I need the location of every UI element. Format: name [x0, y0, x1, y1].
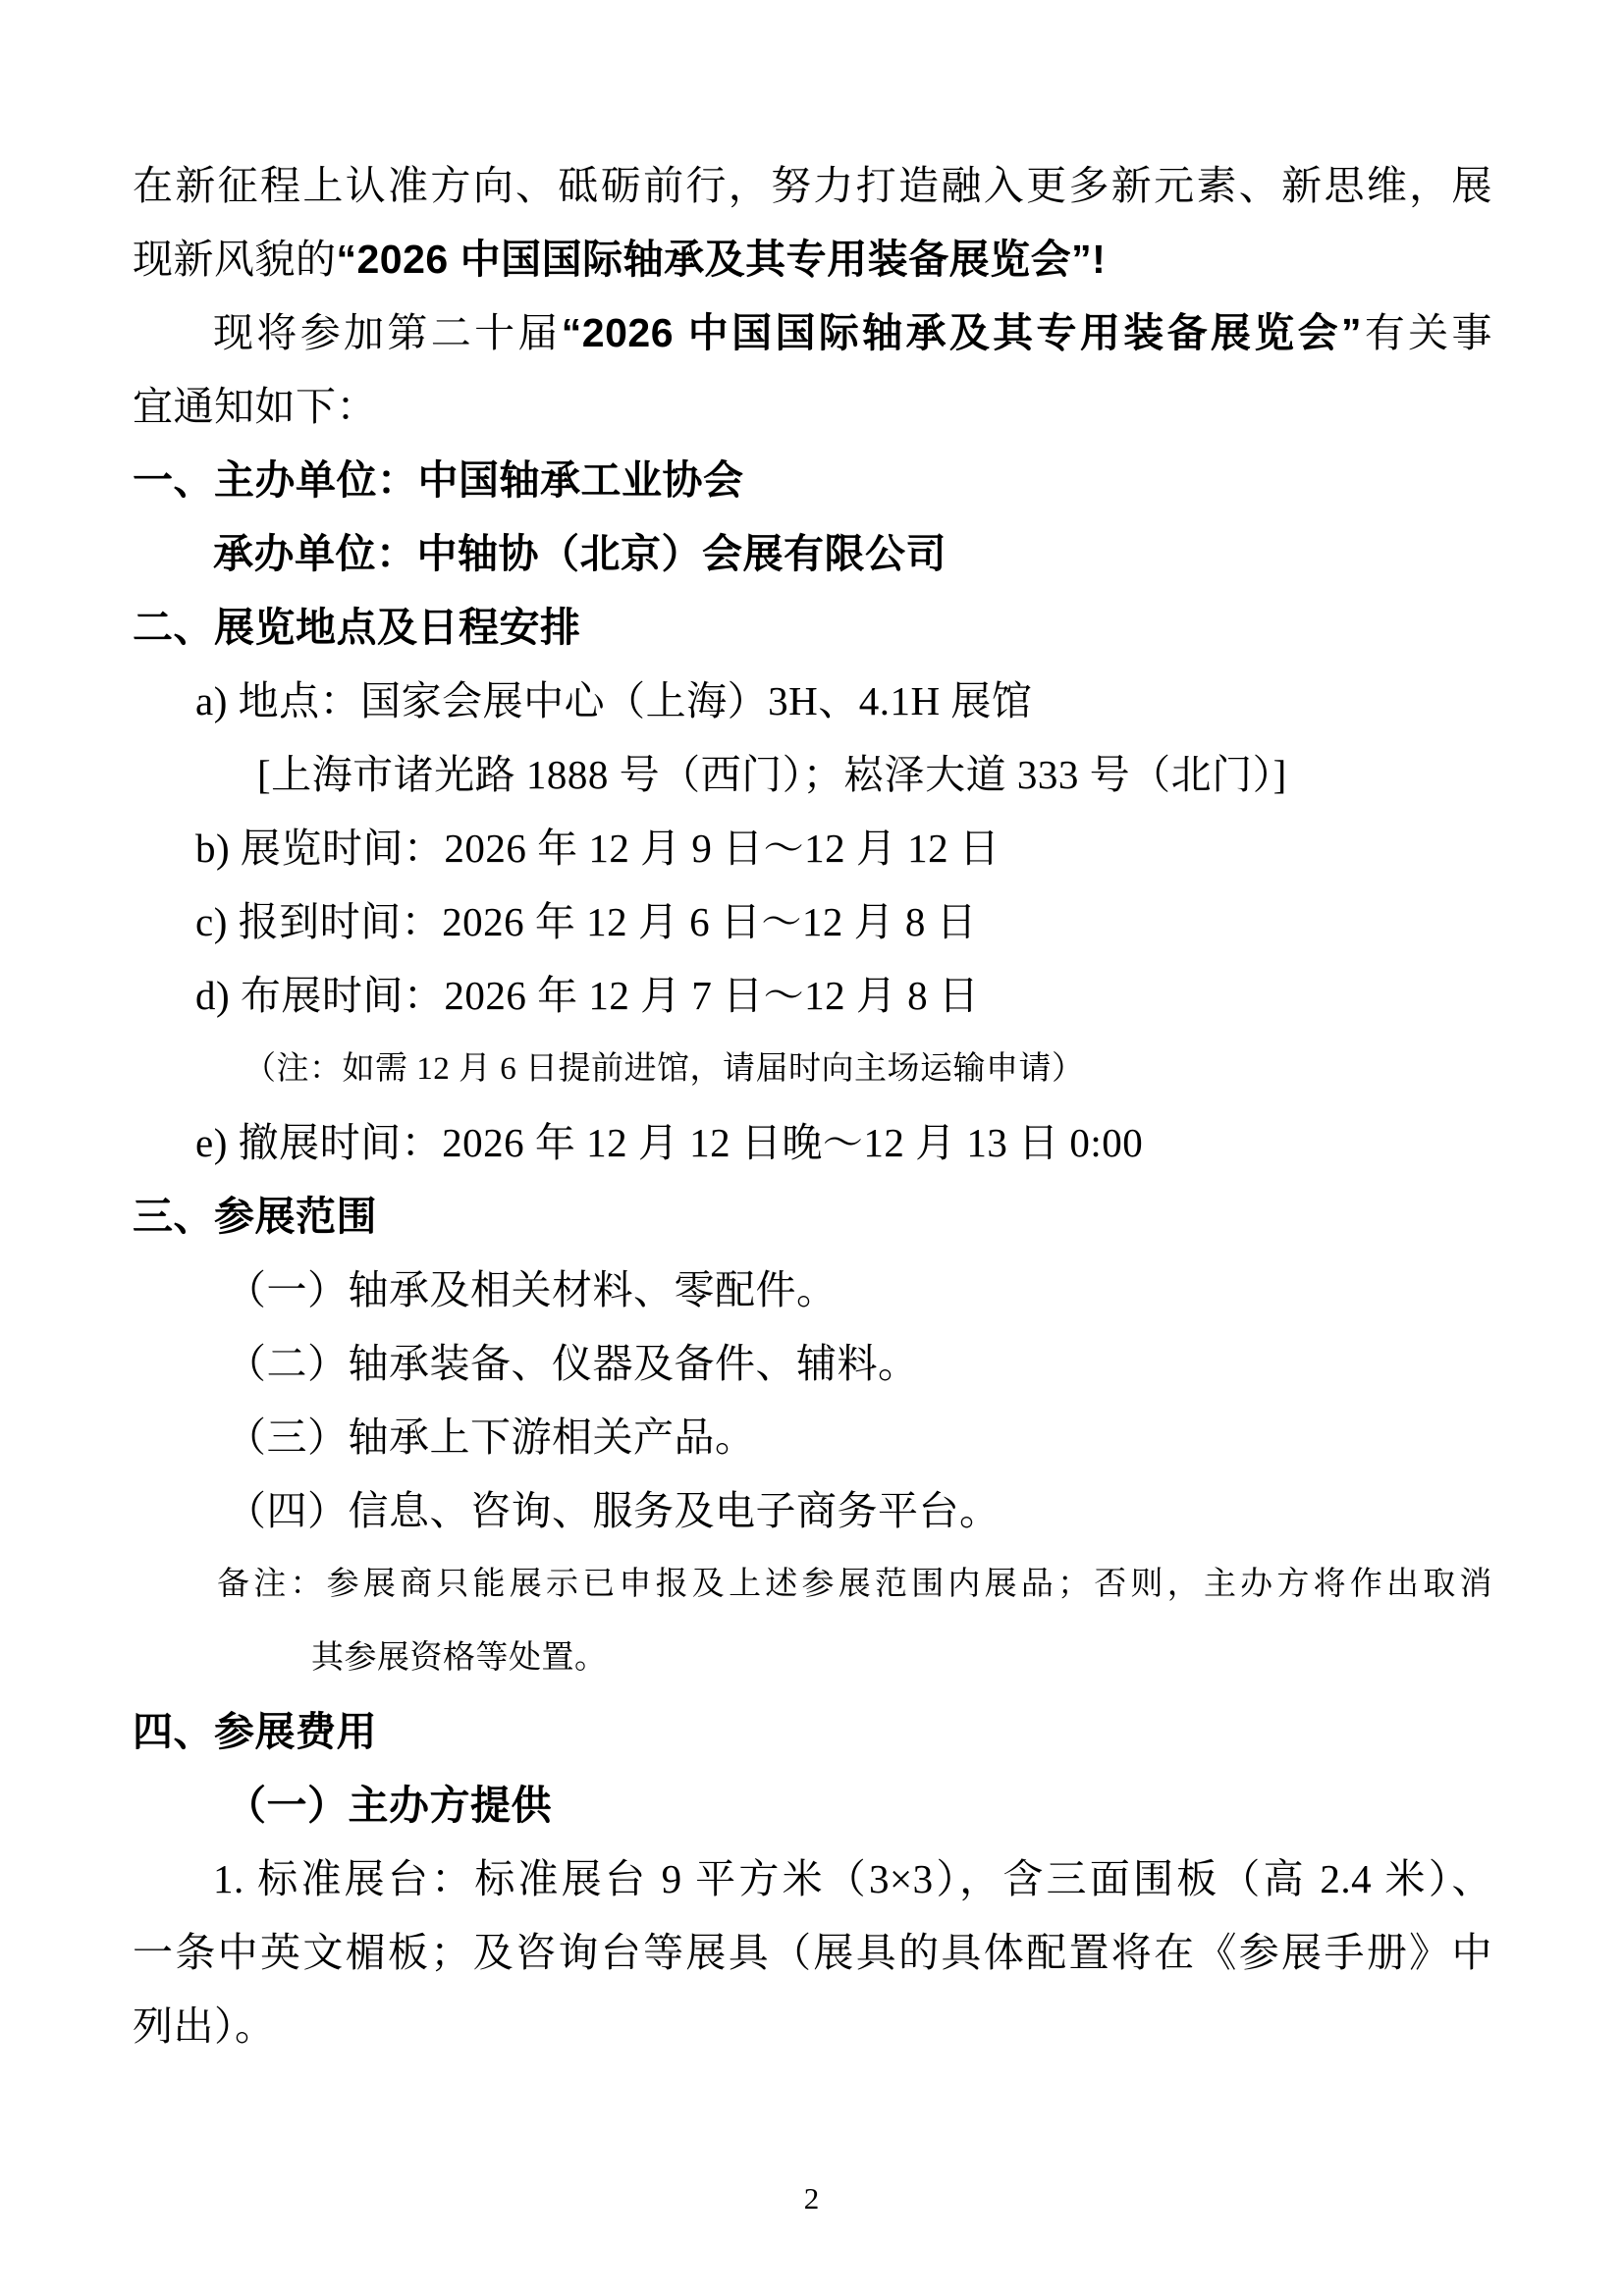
page-number: 2 — [0, 2181, 1623, 2216]
text-run: 在新征程上认准方向、砥砺前行，努力打造融入更多新元素、新思维，展 — [133, 163, 1492, 208]
text-line: （一）主办方提供 — [133, 1769, 1492, 1842]
text-run: 现将参加第二十届 — [213, 310, 562, 355]
text-run: （注：如需 12 月 6 日提前进馆，请届时向主场运输申请） — [243, 1051, 1085, 1087]
text-run: 其参展资格等处置。 — [311, 1640, 608, 1676]
text-line: 一、主办单位：中国轴承工业协会 — [133, 444, 1492, 517]
text-run: （三）轴承上下游相关产品。 — [226, 1415, 756, 1460]
bold-text-run: 承办单位：中轴协（北京）会展有限公司 — [213, 531, 947, 576]
text-run: 现新风貌的 — [133, 237, 337, 282]
text-run: （四）信息、咨询、服务及电子商务平台。 — [226, 1488, 1001, 1533]
bold-text-run: “2026 中国国际轴承及其专用装备展览会”! — [337, 237, 1107, 282]
text-line: 三、参展范围 — [133, 1180, 1492, 1254]
text-run: 1. 标准展台：标准展台 9 平方米（3×3），含三面围板（高 2.4 米）、 — [213, 1856, 1492, 1901]
text-line: [上海市诸光路 1888 号（西门）；崧泽大道 333 号（北门）] — [133, 738, 1492, 812]
text-line: （二）轴承装备、仪器及备件、辅料。 — [133, 1327, 1492, 1401]
text-line: d) 布展时间：2026 年 12 月 7 日～12 月 8 日 — [133, 959, 1492, 1033]
text-line: 备注：参展商只能展示已申报及上述参展范围内展品；否则，主办方将作出取消 — [133, 1548, 1492, 1622]
text-run: 有关事 — [1362, 310, 1492, 355]
text-line: e) 撤展时间：2026 年 12 月 12 日晚～12 月 13 日 0:00 — [133, 1106, 1492, 1180]
bold-text-run: 二、展览地点及日程安排 — [133, 605, 581, 650]
text-run: （二）轴承装备、仪器及备件、辅料。 — [226, 1341, 919, 1386]
text-line: 四、参展费用 — [133, 1695, 1492, 1769]
text-run: 列出）。 — [133, 2003, 276, 2049]
text-line: 一条中英文楣板；及咨询台等展具（展具的具体配置将在《参展手册》中 — [133, 1916, 1492, 1990]
text-line: 其参展资格等处置。 — [133, 1622, 1492, 1695]
text-line: （一）轴承及相关材料、零配件。 — [133, 1254, 1492, 1327]
text-run: b) 展览时间：2026 年 12 月 9 日～12 月 12 日 — [195, 826, 1000, 871]
text-line: b) 展览时间：2026 年 12 月 9 日～12 月 12 日 — [133, 812, 1492, 885]
text-run: d) 布展时间：2026 年 12 月 7 日～12 月 8 日 — [195, 973, 979, 1018]
text-run: [上海市诸光路 1888 号（西门）；崧泽大道 333 号（北门）] — [257, 752, 1287, 797]
text-line: 1. 标准展台：标准展台 9 平方米（3×3），含三面围板（高 2.4 米）、 — [133, 1842, 1492, 1916]
text-line: 宜通知如下： — [133, 370, 1492, 444]
text-run: 一条中英文楣板；及咨询台等展具（展具的具体配置将在《参展手册》中 — [133, 1930, 1492, 1975]
document-content: 在新征程上认准方向、砥砺前行，努力打造融入更多新元素、新思维，展现新风貌的“20… — [133, 149, 1492, 2063]
bold-text-run: “2026 中国国际轴承及其专用装备展览会” — [562, 310, 1362, 355]
text-run: a) 地点：国家会展中心（上海）3H、4.1H 展馆 — [195, 678, 1032, 723]
text-line: a) 地点：国家会展中心（上海）3H、4.1H 展馆 — [133, 665, 1492, 738]
bold-text-run: 三、参展范围 — [133, 1194, 377, 1239]
text-line: 现将参加第二十届“2026 中国国际轴承及其专用装备展览会”有关事 — [133, 296, 1492, 370]
bold-text-run: 一、主办单位：中国轴承工业协会 — [133, 457, 744, 503]
text-line: 列出）。 — [133, 1990, 1492, 2063]
text-run: e) 撤展时间：2026 年 12 月 12 日晚～12 月 13 日 0:00 — [195, 1120, 1143, 1165]
text-run: 宜通知如下： — [133, 384, 377, 429]
text-line: （注：如需 12 月 6 日提前进馆，请届时向主场运输申请） — [133, 1033, 1492, 1106]
document-page: 在新征程上认准方向、砥砺前行，努力打造融入更多新元素、新思维，展现新风貌的“20… — [0, 0, 1623, 2296]
text-line: 承办单位：中轴协（北京）会展有限公司 — [133, 517, 1492, 591]
text-run: c) 报到时间：2026 年 12 月 6 日～12 月 8 日 — [195, 899, 977, 944]
text-line: （四）信息、咨询、服务及电子商务平台。 — [133, 1474, 1492, 1548]
text-line: （三）轴承上下游相关产品。 — [133, 1401, 1492, 1474]
bold-text-run: （一）主办方提供 — [226, 1783, 552, 1828]
text-run: （一）轴承及相关材料、零配件。 — [226, 1267, 838, 1312]
text-line: 在新征程上认准方向、砥砺前行，努力打造融入更多新元素、新思维，展 — [133, 149, 1492, 223]
text-line: 二、展览地点及日程安排 — [133, 591, 1492, 665]
text-line: 现新风貌的“2026 中国国际轴承及其专用装备展览会”! — [133, 223, 1492, 296]
bold-text-run: 四、参展费用 — [133, 1709, 377, 1754]
text-line: c) 报到时间：2026 年 12 月 6 日～12 月 8 日 — [133, 885, 1492, 959]
text-run: 备注：参展商只能展示已申报及上述参展范围内展品；否则，主办方将作出取消 — [217, 1567, 1492, 1602]
